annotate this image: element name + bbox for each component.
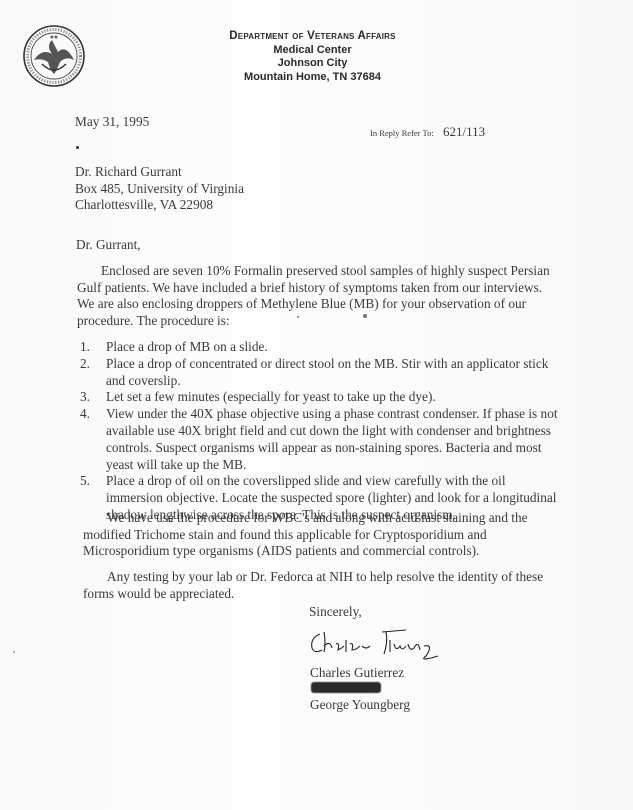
department-name: Department of Veterans Affairs bbox=[200, 30, 425, 44]
step-number: 1. bbox=[80, 339, 106, 356]
reference-block: In Reply Refer To: 621/113 bbox=[370, 124, 485, 142]
signer-name-1: Charles Gutierrez bbox=[310, 665, 404, 682]
scan-speck bbox=[297, 316, 299, 318]
step-text: View under the 40X phase objective using… bbox=[106, 406, 560, 473]
step-text: Place a drop of concentrated or direct s… bbox=[106, 356, 560, 390]
reference-label: In Reply Refer To: bbox=[370, 128, 434, 138]
letterhead-line-2: Johnson City bbox=[200, 57, 425, 71]
paragraph-intro: Enclosed are seven 10% Formalin preserve… bbox=[77, 263, 557, 329]
va-seal-icon bbox=[22, 24, 86, 88]
procedure-step: 1. Place a drop of MB on a slide. bbox=[80, 339, 560, 356]
letter-page: Department of Veterans Affairs Medical C… bbox=[0, 0, 633, 810]
scan-speck bbox=[13, 651, 15, 653]
step-text: Place a drop of MB on a slide. bbox=[106, 339, 560, 356]
step-text: Let set a few minutes (especially for ye… bbox=[106, 389, 560, 406]
procedure-step: 2. Place a drop of concentrated or direc… bbox=[80, 356, 560, 390]
letterhead-line-3: Mountain Home, TN 37684 bbox=[200, 71, 425, 85]
scan-speck bbox=[363, 314, 367, 318]
letter-date: May 31, 1995 bbox=[75, 114, 149, 131]
recipient-address: Dr. Richard Gurrant Box 485, University … bbox=[75, 164, 244, 214]
procedure-step: 3. Let set a few minutes (especially for… bbox=[80, 389, 560, 406]
redaction-bar bbox=[311, 682, 381, 693]
handwritten-signature-icon bbox=[308, 626, 448, 662]
paragraph-methods: We have use the procedure for WBC's and … bbox=[83, 510, 563, 560]
procedure-steps: 1. Place a drop of MB on a slide. 2. Pla… bbox=[80, 339, 560, 524]
letterhead: Department of Veterans Affairs Medical C… bbox=[200, 30, 425, 84]
reference-number: 621/113 bbox=[443, 124, 485, 139]
step-number: 4. bbox=[80, 406, 106, 473]
letterhead-line-1: Medical Center bbox=[200, 44, 425, 58]
recipient-line-2: Charlottesville, VA 22908 bbox=[75, 197, 244, 214]
step-number: 2. bbox=[80, 356, 106, 390]
procedure-step: 4. View under the 40X phase objective us… bbox=[80, 406, 560, 473]
recipient-line-1: Box 485, University of Virginia bbox=[75, 181, 244, 198]
paragraph-request: Any testing by your lab or Dr. Fedorca a… bbox=[83, 569, 563, 602]
salutation: Dr. Gurrant, bbox=[76, 237, 141, 254]
recipient-name: Dr. Richard Gurrant bbox=[75, 164, 244, 181]
signer-name-2: George Youngberg bbox=[310, 697, 410, 714]
step-number: 3. bbox=[80, 389, 106, 406]
stray-mark bbox=[76, 146, 79, 149]
valediction: Sincerely, bbox=[309, 604, 362, 621]
